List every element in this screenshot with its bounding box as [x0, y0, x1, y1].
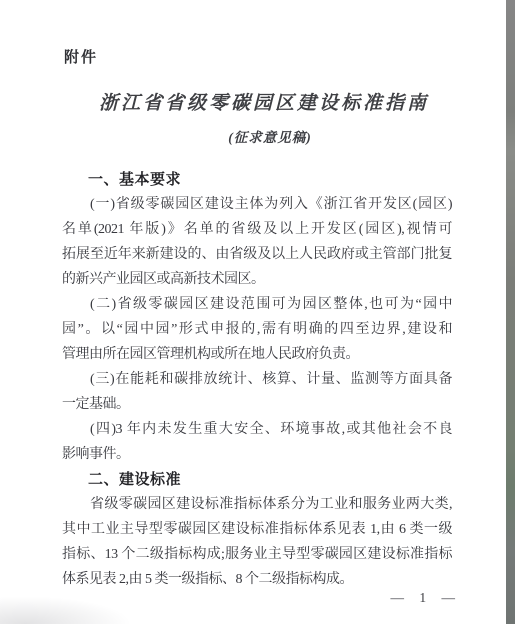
body-line: (三)在能耗和碳排放统计、核算、计量、监测等方面具备: [62, 367, 452, 392]
body-line: 一定基础。: [62, 392, 452, 417]
body-line: 名单(2021 年版)》名单的省级及以上开发区(园区),视情可: [62, 217, 452, 242]
body-line: 影响事件。: [62, 442, 452, 467]
scan-corner-smudge: [0, 594, 140, 624]
body-line: 的新兴产业园区或高新技术园区。: [62, 267, 452, 292]
body-line: 其中工业主导型零碳园区建设标准指标体系见表 1,由 6 类一级: [62, 517, 452, 542]
body-line: (二)省级零碳园区建设范围可为园区整体,也可为“园中: [62, 292, 452, 317]
body-line: 省级零碳园区建设标准指标体系分为工业和服务业两大类,: [62, 492, 452, 517]
document-title: 浙江省省级零碳园区建设标准指南: [68, 88, 460, 115]
body-line: 拓展至近年来新建设的、由省级及以上人民政府或主管部门批复: [62, 242, 452, 267]
scan-edge-shadow: [506, 0, 515, 624]
body-line: 指标、13 个二级指标构成;服务业主导型零碳园区建设标准指标: [62, 542, 452, 567]
section-heading-basic-requirements: 一、基本要求: [62, 167, 452, 192]
body-line: (一)省级零碳园区建设主体为列入《浙江省开发区(园区): [62, 192, 452, 217]
section-heading-construction-standards: 二、建设标准: [62, 467, 452, 492]
body-line: (四)3 年内未发生重大安全、环境事故,或其他社会不良: [62, 417, 452, 442]
body-line: 体系见表 2,由 5 类一级指标、8 个二级指标构成。: [62, 567, 452, 592]
body-line: 园”。以“园中园”形式申报的,需有明确的四至边界,建设和: [62, 317, 452, 342]
attachment-label: 附件: [64, 46, 98, 67]
body-line: 管理由所在园区管理机构或所在地人民政府负责。: [62, 342, 452, 367]
document-body: 一、基本要求 (一)省级零碳园区建设主体为列入《浙江省开发区(园区) 名单(20…: [62, 167, 452, 592]
document-subtitle: (征求意见稿): [74, 126, 466, 146]
scanned-document-page: 附件 浙江省省级零碳园区建设标准指南 (征求意见稿) 一、基本要求 (一)省级零…: [0, 0, 515, 624]
